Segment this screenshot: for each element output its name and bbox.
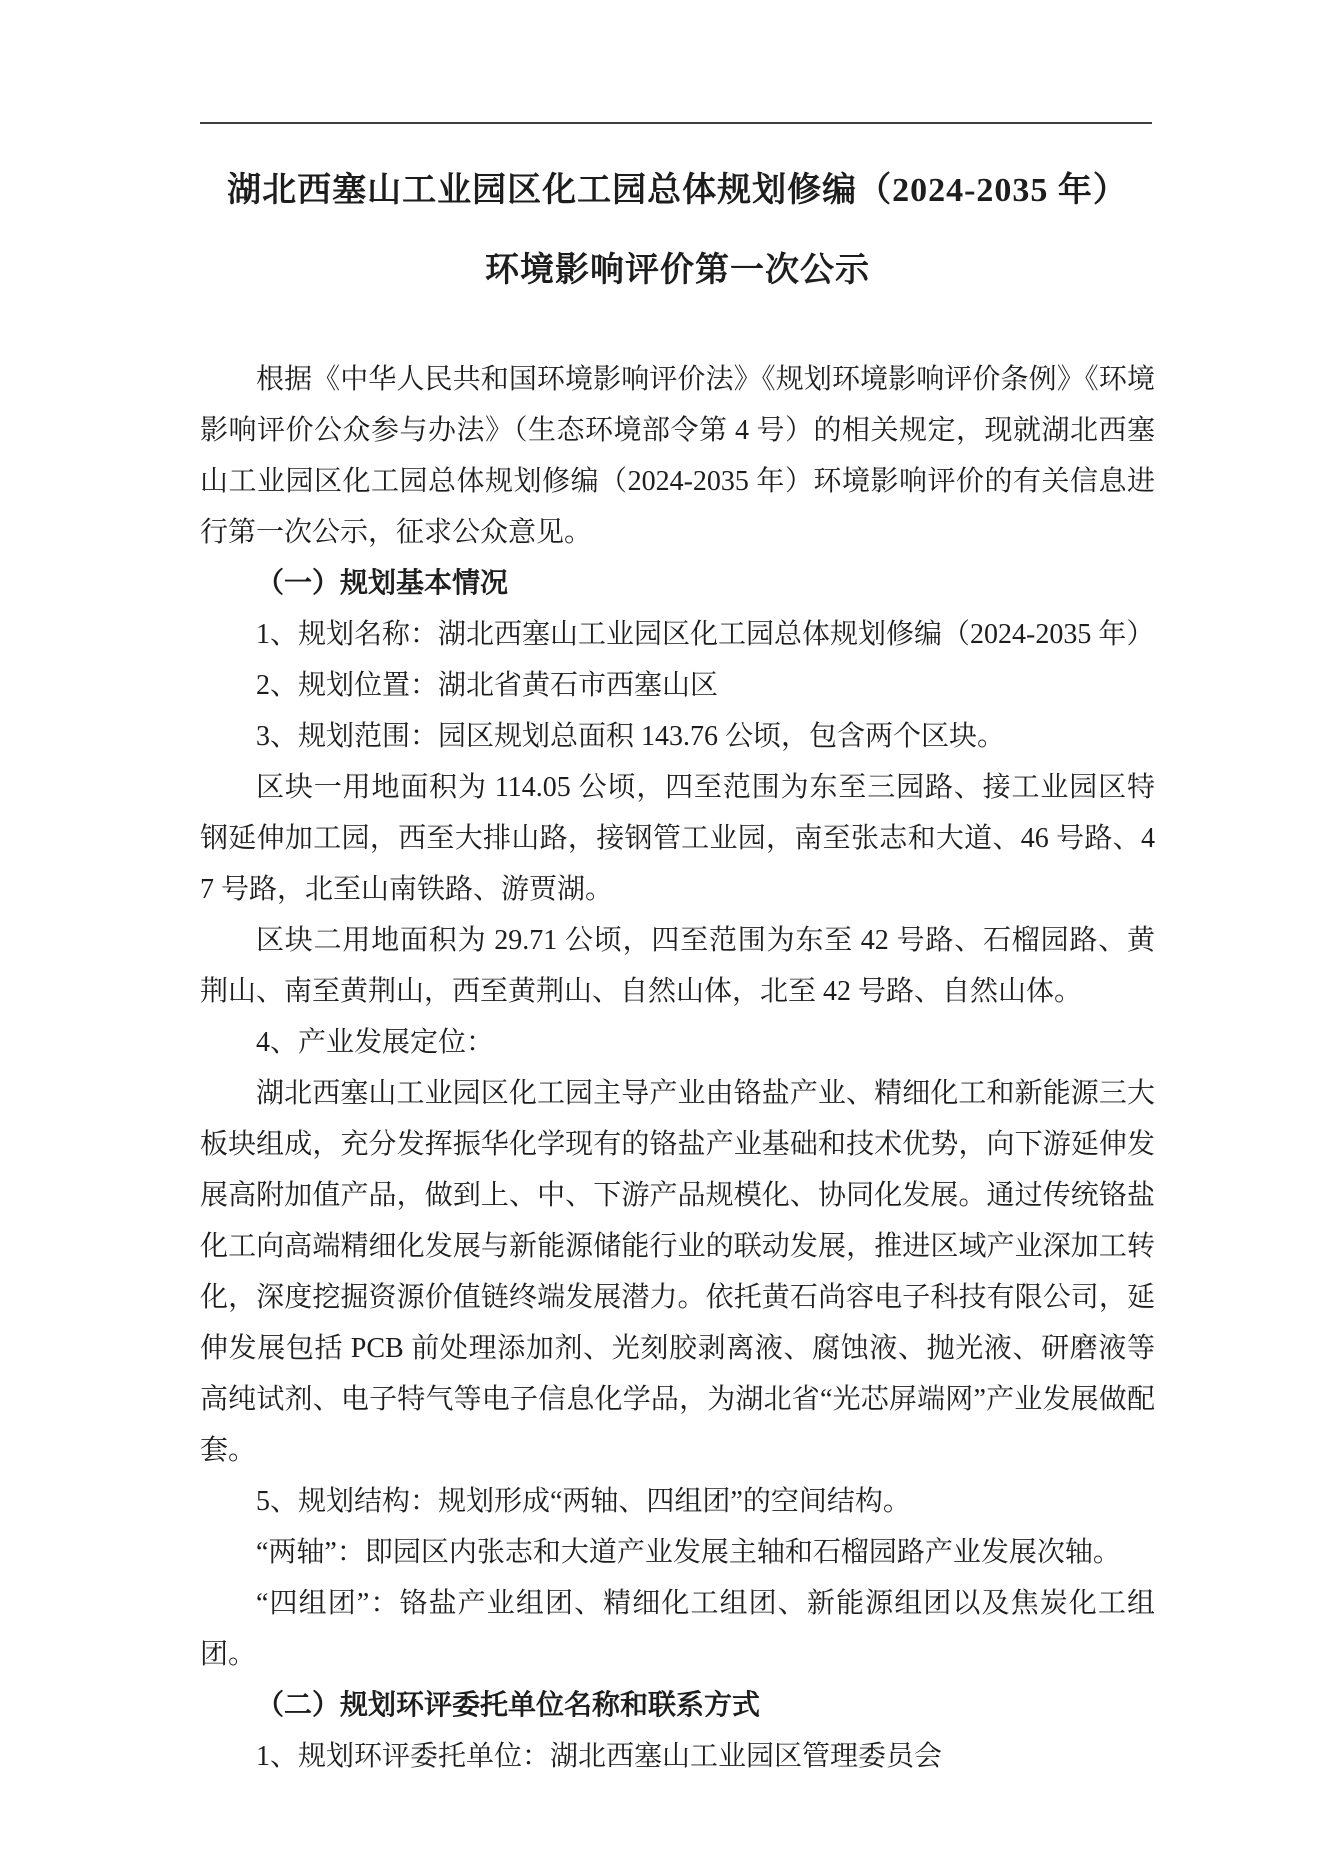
document-title-line2: 环境影响评价第一次公示 [200,231,1155,311]
paragraph: 区块二用地面积为 29.71 公顷，四至范围为东至 42 号路、石榴园路、黄荆山… [200,915,1155,1017]
paragraph: 湖北西塞山工业园区化工园主导产业由铬盐产业、精细化工和新能源三大板块组成，充分发… [200,1068,1155,1476]
paragraph: “四组团”：铬盐产业组团、精细化工组团、新能源组团以及焦炭化工组团。 [200,1578,1155,1680]
section-heading: （一）规划基本情况 [200,558,1155,609]
paragraph: 5、规划结构：规划形成“两轴、四组团”的空间结构。 [200,1476,1155,1527]
paragraph: 2、规划位置：湖北省黄石市西塞山区 [200,660,1155,711]
section-heading: （二）规划环评委托单位名称和联系方式 [200,1680,1155,1731]
document-title: 湖北西塞山工业园区化工园总体规划修编（2024-2035 年） 环境影响评价第一… [200,151,1155,311]
document-content: 湖北西塞山工业园区化工园总体规划修编（2024-2035 年） 环境影响评价第一… [200,0,1155,1782]
paragraph: 3、规划范围：园区规划总面积 143.76 公顷，包含两个区块。 [200,711,1155,762]
document-page: 湖北西塞山工业园区化工园总体规划修编（2024-2035 年） 环境影响评价第一… [0,0,1323,1871]
paragraph: 区块一用地面积为 114.05 公顷，四至范围为东至三园路、接工业园区特钢延伸加… [200,762,1155,915]
paragraph: 根据《中华人民共和国环境影响评价法》《规划环境影响评价条例》《环境影响评价公众参… [200,354,1155,558]
paragraph: 1、规划环评委托单位：湖北西塞山工业园区管理委员会 [200,1731,1155,1782]
paragraph: 1、规划名称：湖北西塞山工业园区化工园总体规划修编（2024-2035 年） [200,609,1155,660]
paragraph: 4、产业发展定位： [200,1017,1155,1068]
document-title-line1: 湖北西塞山工业园区化工园总体规划修编（2024-2035 年） [200,151,1155,231]
paragraph: “两轴”：即园区内张志和大道产业发展主轴和石榴园路产业发展次轴。 [200,1527,1155,1578]
document-body: 根据《中华人民共和国环境影响评价法》《规划环境影响评价条例》《环境影响评价公众参… [200,354,1155,1782]
